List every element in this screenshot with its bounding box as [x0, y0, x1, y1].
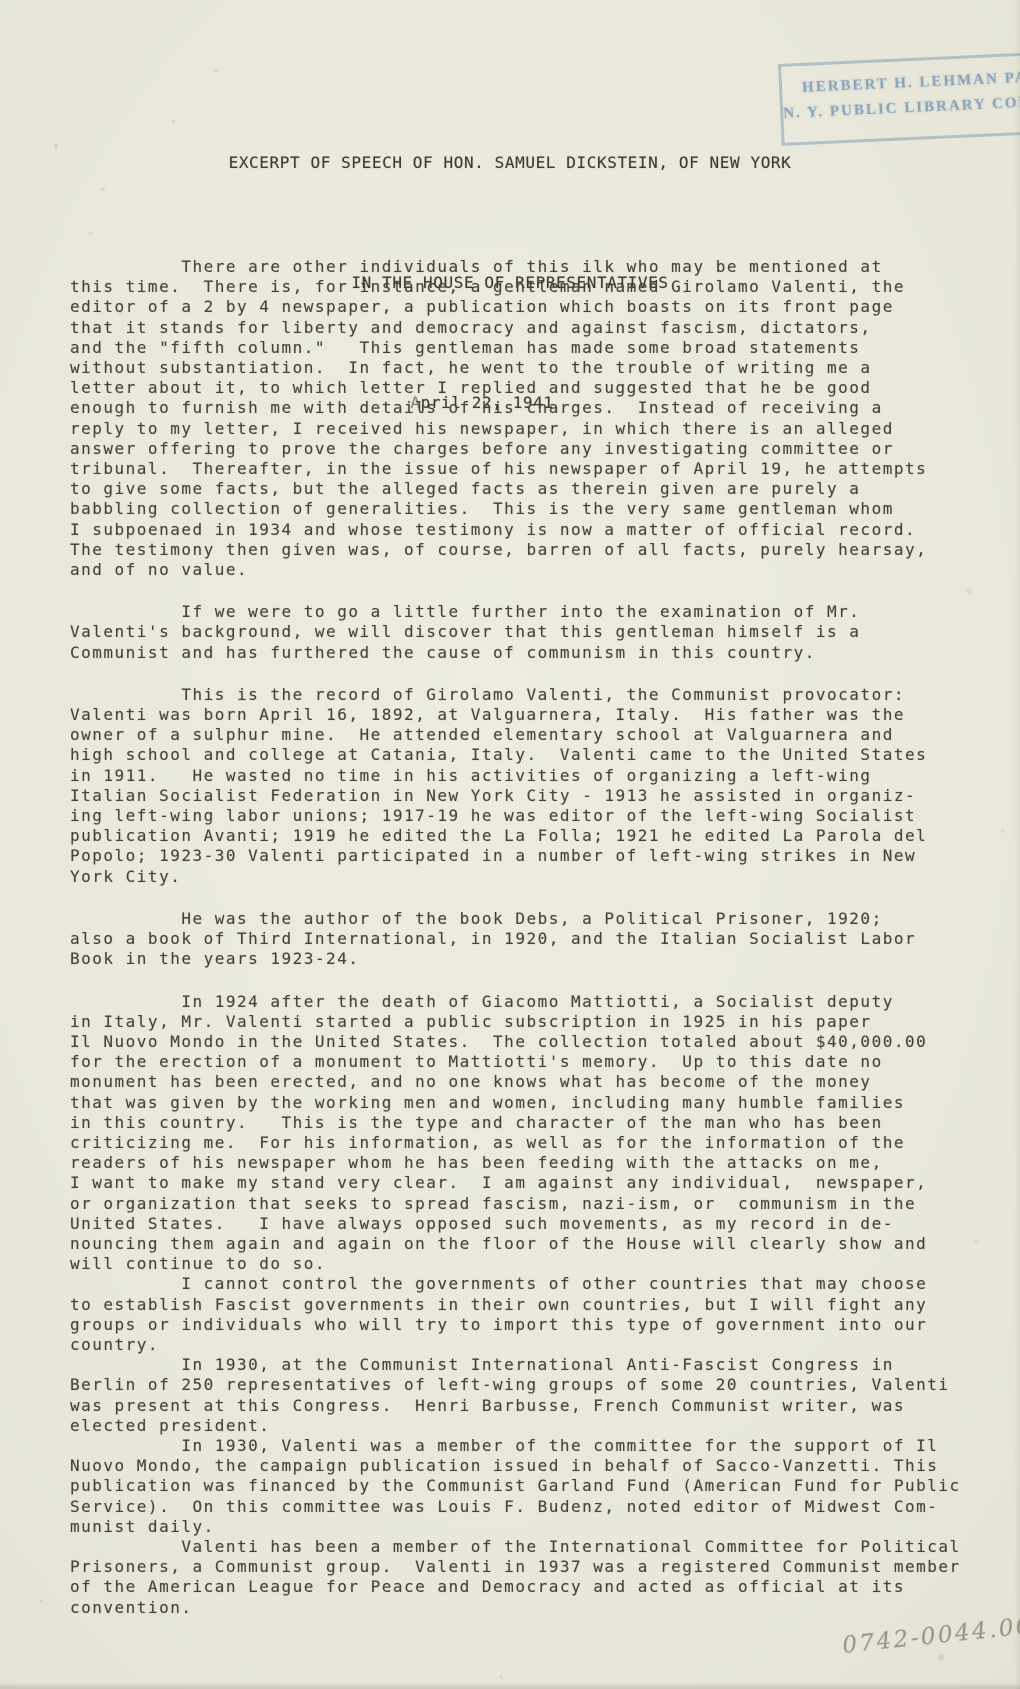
paper-edge-shadow-bottom — [0, 1682, 1020, 1689]
document-title: EXCERPT OF SPEECH OF HON. SAMUEL DICKSTE… — [0, 143, 1020, 183]
archive-stamp: HERBERT H. LEHMAN PAPERS N. Y. PUBLIC LI… — [778, 50, 1020, 146]
typed-paragraph: If we were to go a little further into t… — [70, 602, 990, 663]
typed-paragraph: In 1930, at the Communist International … — [70, 1355, 990, 1436]
typed-paragraph: I cannot control the governments of othe… — [70, 1274, 990, 1355]
typed-paragraph: He was the author of the book Debs, a Po… — [70, 909, 990, 970]
typed-body: There are other individuals of this ilk … — [70, 257, 990, 1618]
typed-paragraph: Valenti has been a member of the Interna… — [70, 1537, 990, 1618]
typed-paragraph: There are other individuals of this ilk … — [70, 257, 990, 580]
typed-paragraph: In 1930, Valenti was a member of the com… — [70, 1436, 990, 1537]
paper-edge-shadow-right — [1014, 0, 1020, 1689]
document-page: EXCERPT OF SPEECH OF HON. SAMUEL DICKSTE… — [0, 0, 1020, 1689]
typed-paragraph: This is the record of Girolamo Valenti, … — [70, 685, 990, 887]
paper-speckles — [0, 0, 2, 2]
typed-paragraph: In 1924 after the death of Giacomo Matti… — [70, 992, 990, 1275]
catalog-annotation: 0742-0044.001 — [841, 1611, 1020, 1659]
